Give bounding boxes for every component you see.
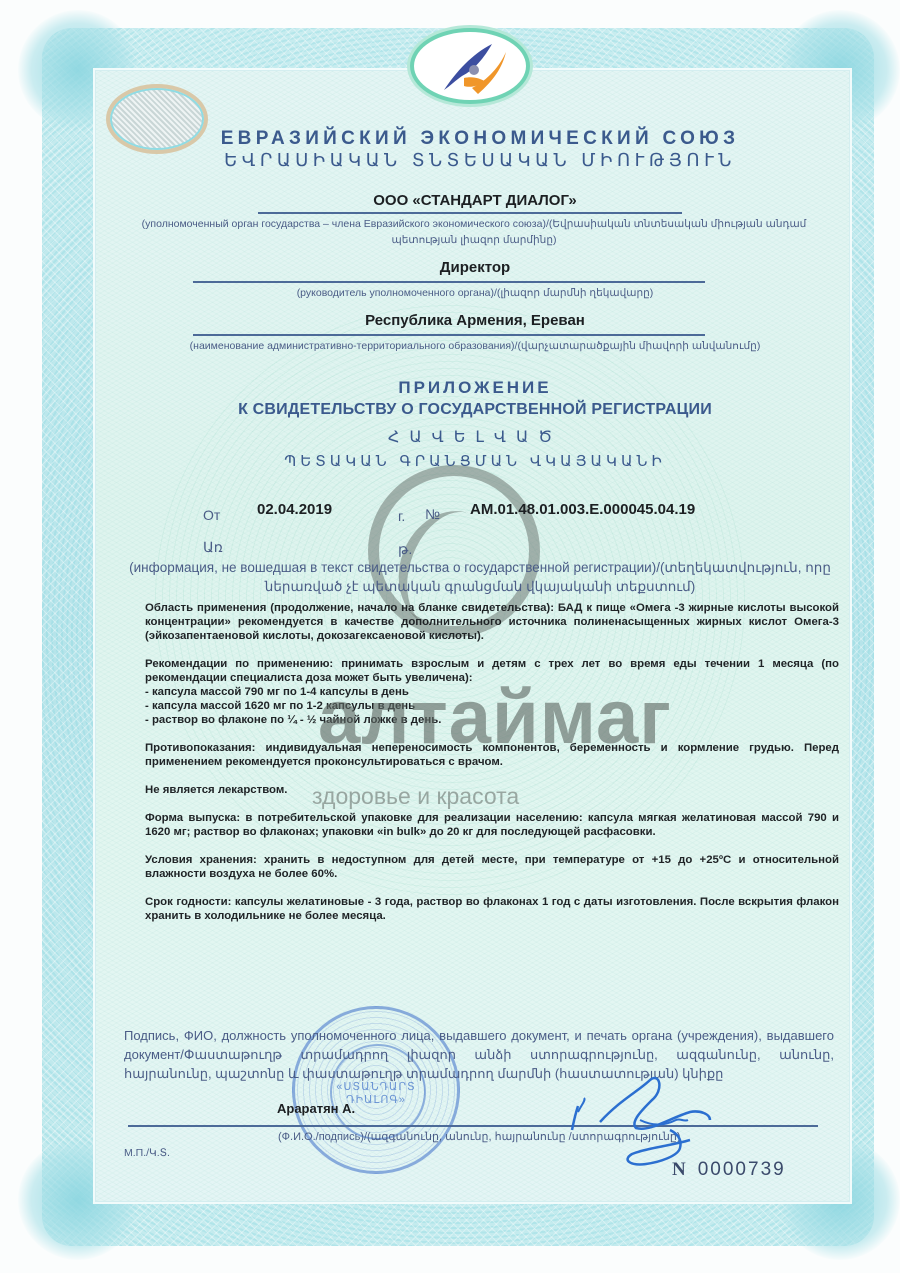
year-label: г. (398, 508, 405, 524)
from-label-am: Առ (203, 539, 223, 556)
release-form-paragraph: Форма выпуска: в потребительской упаковк… (145, 811, 839, 839)
signer-name: Араратян А. (277, 1101, 355, 1116)
union-title-ru: ЕВРАЗИЙСКИЙ ЭКОНОМИЧЕСКИЙ СОЮЗ (200, 128, 760, 150)
divider (193, 334, 705, 336)
divider (258, 212, 682, 214)
eaeu-emblem-icon (410, 28, 530, 104)
appendix-subtitle-am: ՊԵՏԱԿԱՆ ԳՐԱՆՑՄԱՆ ՎԿԱՅԱԿԱՆԻ (170, 452, 780, 470)
shelf-life-paragraph: Срок годности: капсулы желатиновые - 3 г… (145, 895, 839, 923)
watermark-tagline: здоровье и красота (312, 783, 519, 810)
appendix-subtitle: К СВИДЕТЕЛЬСТВУ О ГОСУДАРСТВЕННОЙ РЕГИСТ… (170, 401, 780, 419)
scope-paragraph: Область применения (продолжение, начало … (145, 601, 839, 643)
authority-name: ООО «СТАНДАРТ ДИАЛОГ» (240, 192, 710, 209)
authority-name-caption: (уполномоченный орган государства – член… (108, 216, 840, 248)
divider (193, 281, 705, 283)
info-note: (информация, не вошедшая в текст свидете… (120, 558, 840, 596)
serial-prefix: N (672, 1159, 688, 1180)
serial-value: 0000739 (698, 1159, 786, 1180)
year-label-am: թ. (398, 541, 412, 558)
watermark-brand: алтаймаг (318, 680, 672, 756)
number-label: № (425, 506, 440, 522)
handwritten-signature-icon (560, 1060, 740, 1170)
appendix-date: 02.04.2019 (257, 501, 332, 518)
authority-location: Республика Армения, Ереван (240, 312, 710, 329)
seal-label: М.П./Կ.Տ. (124, 1147, 170, 1159)
authority-location-caption: (наименование административно-территориа… (140, 338, 810, 354)
hologram-icon (106, 84, 208, 154)
authority-head-caption: (руководитель уполномоченного органа)/(լ… (160, 285, 790, 301)
storage-paragraph: Условия хранения: хранить в недоступном … (145, 853, 839, 881)
appendix-number: АМ.01.48.01.003.Е.000045.04.19 (470, 501, 695, 518)
appendix-title-am: ՀԱՎԵԼՎԱԾ (200, 427, 750, 446)
serial-number: N0000739 (672, 1159, 786, 1181)
appendix-body: Область применения (продолжение, начало … (145, 601, 839, 937)
from-label: От (203, 507, 220, 523)
appendix-title: ПРИЛОЖЕНИЕ (200, 378, 750, 398)
authority-head: Директор (240, 259, 710, 276)
union-title-am: ԵՎՐԱՍԻԱԿԱՆ ՏՆՏԵՍԱԿԱՆ ՄԻՈՒԹՅՈՒՆ (200, 150, 760, 171)
